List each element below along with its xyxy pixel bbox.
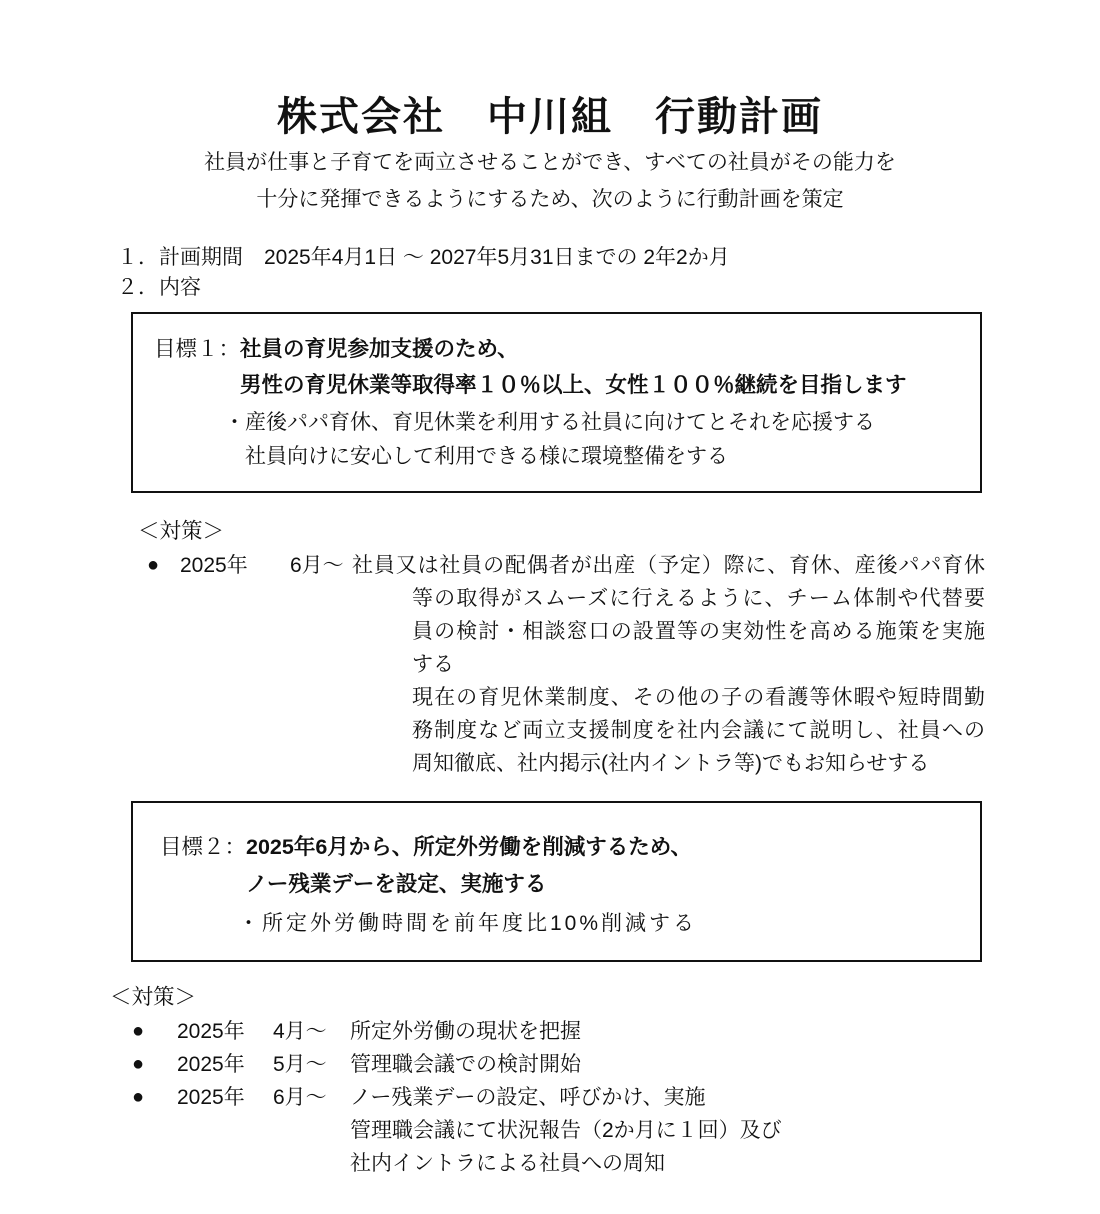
goal1-box: 目標１：社員の育児参加支援のため、 男性の育児休業等取得率１０％以上、女性１００…: [131, 312, 982, 493]
measure-month: 4月～: [273, 1015, 350, 1048]
contents-item: ２．内容: [117, 273, 201, 303]
description-line: 務制度など両立支援制度を社内会議にて説明し、社員への: [412, 714, 985, 747]
measure-year: 2025年: [177, 1048, 273, 1081]
measure-description: 社員又は社員の配偶者が出産（予定）際に、育休、産後パパ育休 等の取得がスムーズに…: [352, 549, 985, 780]
description-line: 周知徹底、社内掲示(社内イントラ等)でもお知らせする: [412, 747, 985, 780]
description-line: する: [412, 648, 985, 681]
goal2-label: 目標２：: [160, 835, 246, 859]
goal1-heading-line1: 目標１：社員の育児参加支援のため、: [154, 331, 970, 367]
description-line: 員の検討・相談窓口の設置等の実効性を高める施策を実施: [412, 615, 985, 648]
bullet-icon: ●: [132, 1015, 177, 1048]
description-line: 管理職会議にて状況報告（2か月に１回）及び: [350, 1114, 985, 1147]
description-line: 現在の育児休業制度、その他の子の看護等休暇や短時間勤: [412, 681, 985, 714]
measure-month: 5月～: [273, 1048, 350, 1081]
measure-year: 2025年: [177, 1015, 273, 1048]
goal1-bullet-line1: ・産後パパ育休、育児休業を利用する社員に向けてとそれを応援する: [224, 406, 970, 440]
measure-description: 管理職会議での検討開始: [350, 1048, 985, 1081]
description-line: 所定外労働の現状を把握: [350, 1015, 985, 1048]
measure-month: 6月～: [273, 1081, 350, 1114]
measure-row: ● 2025年 4月～ 所定外労働の現状を把握: [132, 1015, 985, 1048]
goal1-label: 目標１：: [154, 337, 240, 361]
goal2-heading-line2: ノー残業デーを設定、実施する: [246, 866, 970, 903]
measure-description: ノー残業デーの設定、呼びかけ、実施 管理職会議にて状況報告（2か月に１回）及び …: [350, 1081, 985, 1180]
description-line: 社員又は社員の配偶者が出産（予定）際に、育休、産後パパ育休: [352, 549, 985, 582]
measure-description: 所定外労働の現状を把握: [350, 1015, 985, 1048]
measure-row: ● 2025年 6月～ ノー残業デーの設定、呼びかけ、実施 管理職会議にて状況報…: [132, 1081, 985, 1180]
description-line: 等の取得がスムーズに行えるように、チーム体制や代替要: [412, 582, 985, 615]
intro-line-1: 社員が仕事と子育てを両立させることができ、すべての社員がその能力を: [0, 144, 1100, 181]
bullet-icon: ●: [147, 549, 180, 582]
measures2-header: ＜対策＞: [110, 982, 196, 1012]
description-line: ノー残業デーの設定、呼びかけ、実施: [350, 1081, 985, 1114]
goal1-bullet-line2: 社員向けに安心して利用できる様に環境整備をする: [245, 440, 970, 474]
bullet-icon: ●: [132, 1048, 177, 1081]
intro-text: 社員が仕事と子育てを両立させることができ、すべての社員がその能力を 十分に発揮で…: [0, 144, 1100, 218]
measures1-header: ＜対策＞: [138, 516, 224, 546]
goal2-bullet-line1: ・所定外労働時間を前年度比10%削減する: [238, 907, 970, 941]
document-title: 株式会社 中川組 行動計画: [0, 85, 1100, 142]
bullet-icon: ●: [132, 1081, 177, 1114]
intro-line-2: 十分に発揮できるようにするため、次のように行動計画を策定: [0, 181, 1100, 218]
goal1-heading-text: 社員の育児参加支援のため、: [240, 337, 519, 361]
measure-row: ● 2025年 6月～ 社員又は社員の配偶者が出産（予定）際に、育休、産後パパ育…: [147, 549, 985, 780]
measure-month: 6月～: [290, 549, 352, 582]
goal2-box: 目標２：2025年6月から、所定外労働を削減するため、 ノー残業デーを設定、実施…: [131, 801, 982, 962]
measure-row: ● 2025年 5月～ 管理職会議での検討開始: [132, 1048, 985, 1081]
document-page: 株式会社 中川組 行動計画 社員が仕事と子育てを両立させることができ、すべての社…: [0, 0, 1100, 1214]
measure-year: 2025年: [180, 549, 290, 582]
measures1-section: ● 2025年 6月～ 社員又は社員の配偶者が出産（予定）際に、育休、産後パパ育…: [147, 549, 985, 780]
description-line: 管理職会議での検討開始: [350, 1048, 985, 1081]
description-line: 社内イントラによる社員への周知: [350, 1147, 985, 1180]
goal1-heading-line2: 男性の育児休業等取得率１０％以上、女性１００％継続を目指します: [240, 367, 970, 403]
plan-period-item: １．計画期間 2025年4月1日 ～ 2027年5月31日までの 2年2か月: [117, 243, 730, 273]
goal2-heading-text: 2025年6月から、所定外労働を削減するため、: [246, 835, 692, 859]
measure-year: 2025年: [177, 1081, 273, 1114]
measures2-section: ● 2025年 4月～ 所定外労働の現状を把握 ● 2025年 5月～ 管理職会…: [132, 1015, 985, 1180]
goal2-heading-line1: 目標２：2025年6月から、所定外労働を削減するため、: [160, 829, 970, 866]
